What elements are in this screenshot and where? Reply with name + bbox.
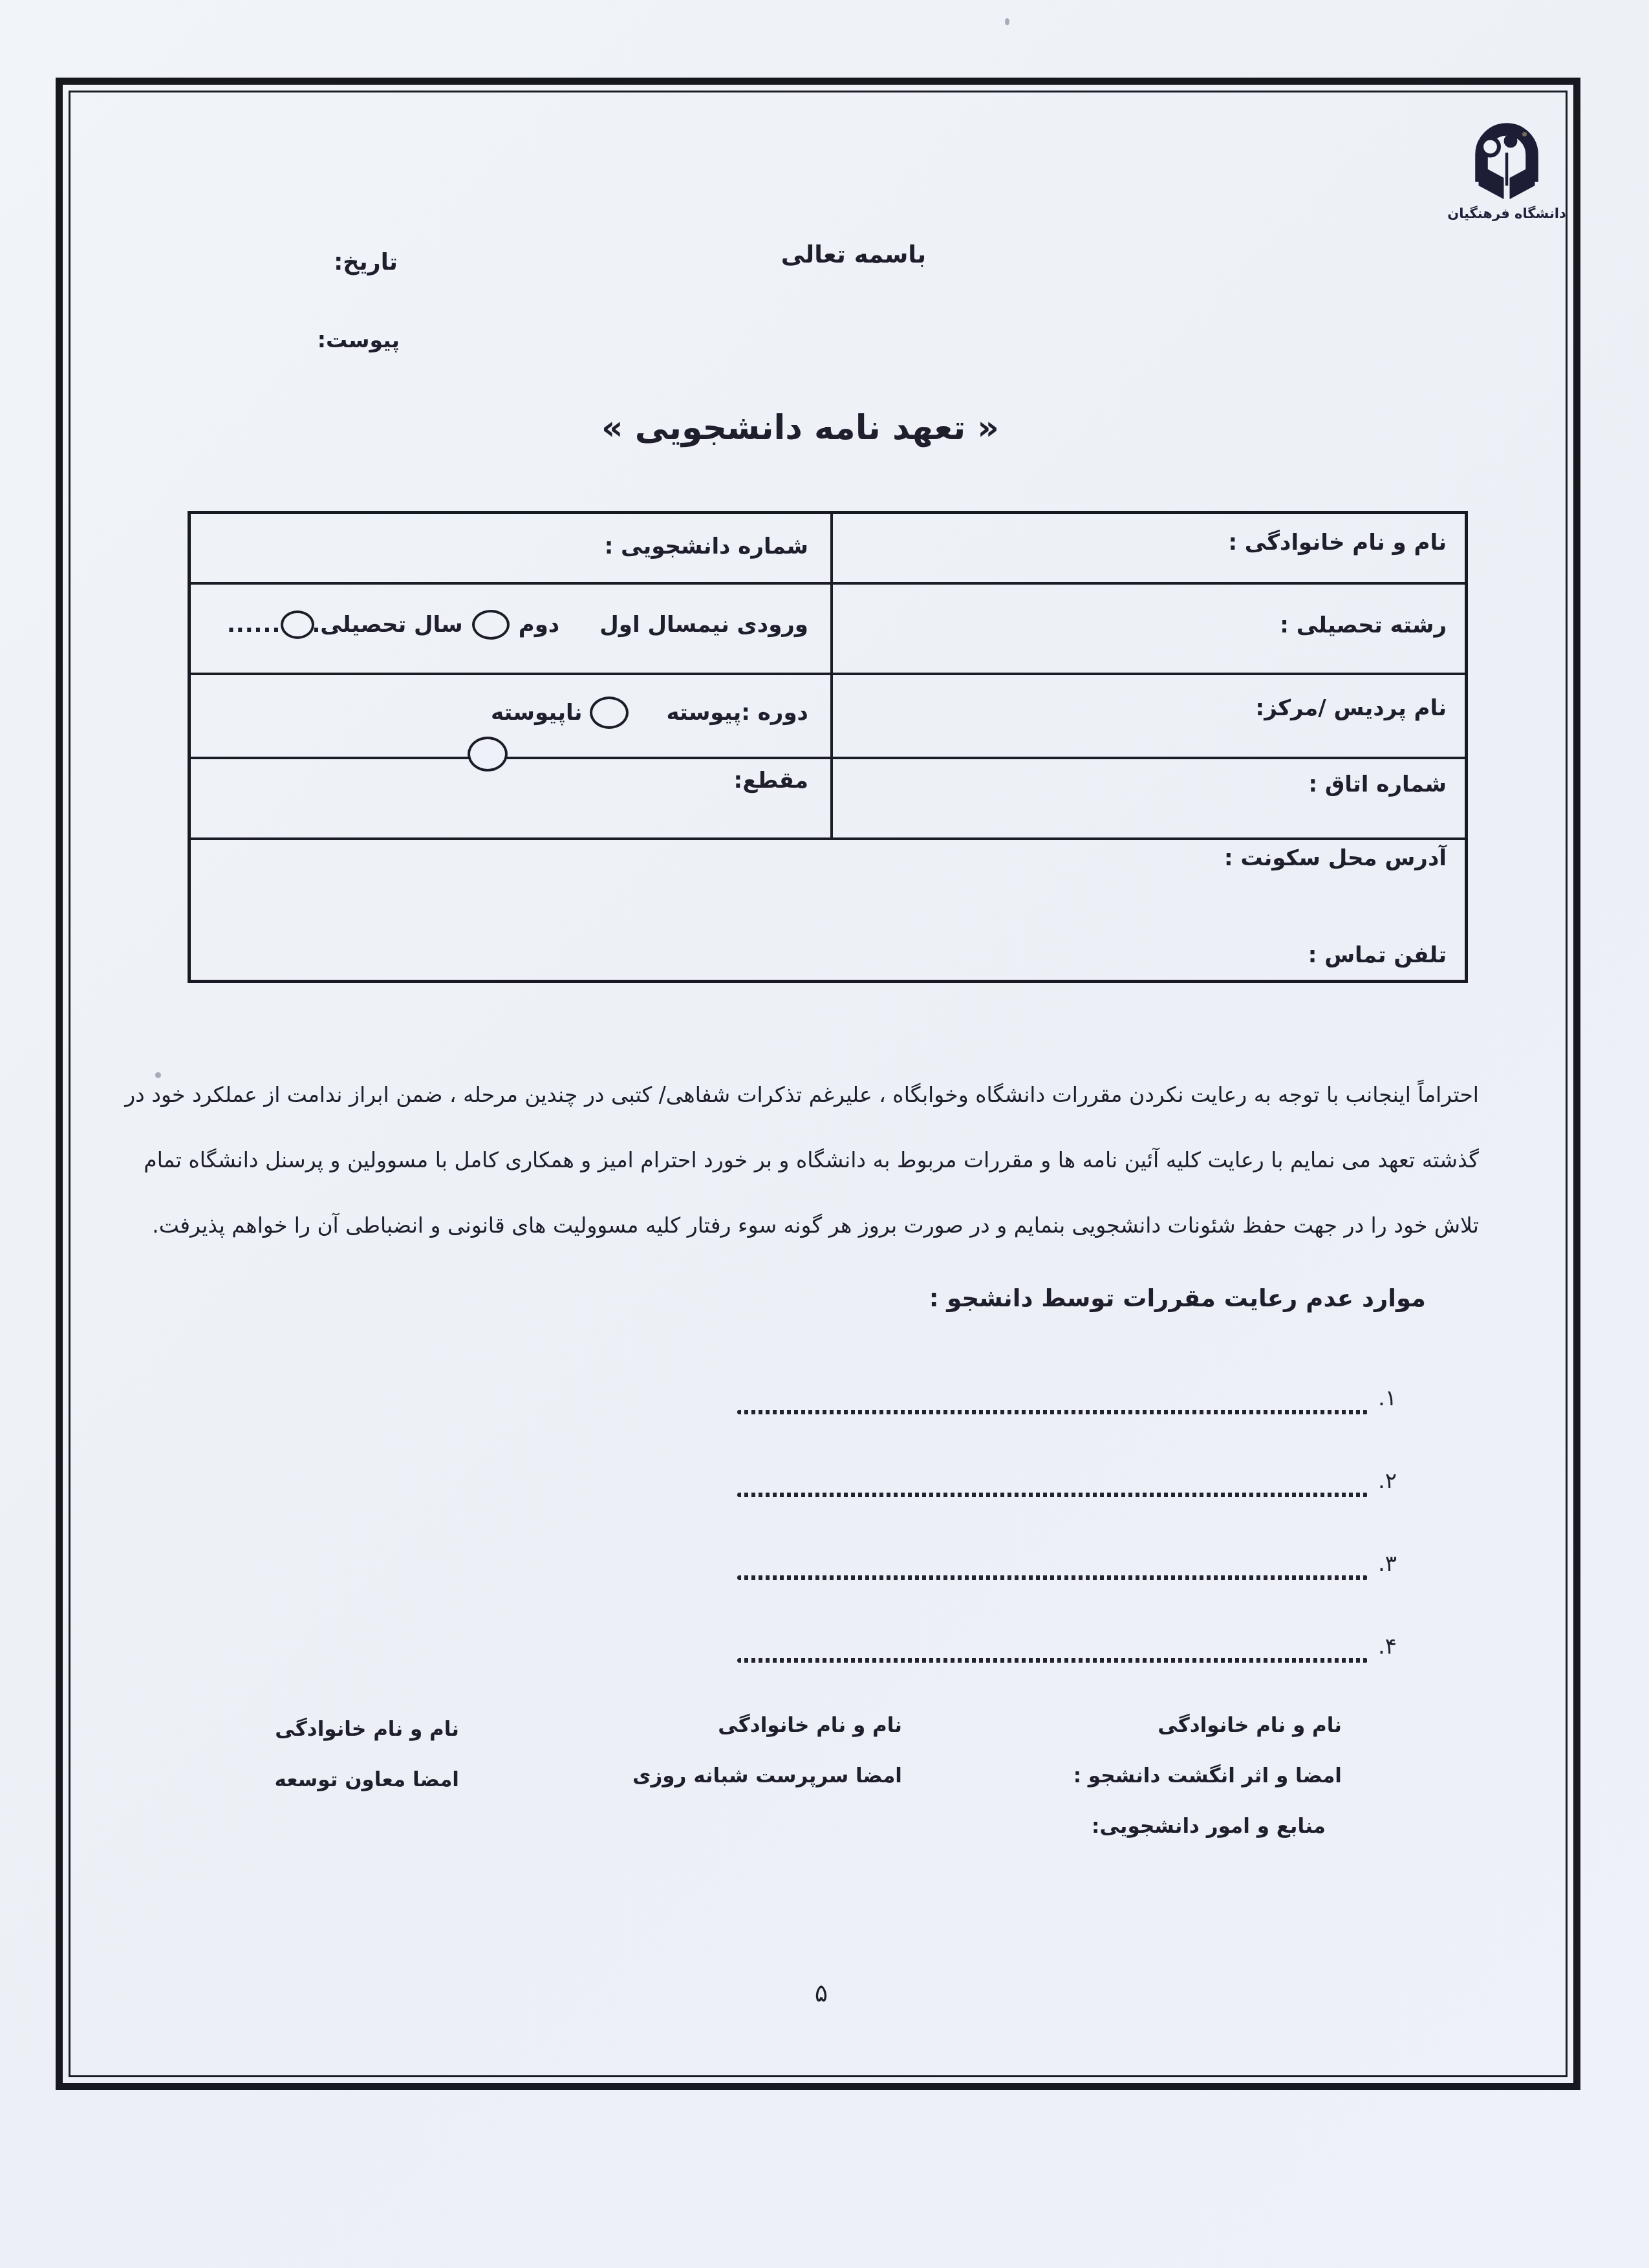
second-semester-option-circle [472, 610, 510, 640]
academic-year-option-circle [281, 610, 314, 639]
date-label: تاریخ: [334, 250, 398, 275]
continuous-option-circle [590, 697, 629, 729]
room-number-label: شماره اتاق : [1309, 772, 1447, 797]
student-info-table: نام و نام خانوادگی : شماره دانشجویی : رش… [188, 511, 1468, 983]
pledge-paragraph: احتراماً اینجانب با توجه به رعایت نکردن … [191, 1062, 1479, 1258]
farhangian-university-logo [1458, 114, 1555, 203]
bismillah-text: باسمه تعالی [724, 241, 983, 268]
discontinuous-option-circle [468, 737, 508, 772]
student-affairs-line: منابع و امور دانشجویی: [1092, 1815, 1326, 1838]
supervisor-signature-name-label: نام و نام خانوادگی [718, 1714, 902, 1737]
degree-level-label: مقطع: [734, 768, 808, 794]
logo-caption: دانشگاه فرهنگیان [1436, 206, 1578, 221]
violation-item-dotted-line [737, 1658, 1368, 1663]
violation-item-dotted-line [737, 1493, 1368, 1497]
entry-semester-row: ورودی نیمسال اول دوم سال تحصیلی. ...... [227, 602, 808, 647]
course-continuous-label: دوره :پیوسته [666, 700, 808, 726]
contact-phone-label: تلفن تماس : [1308, 942, 1447, 968]
discontinuous-label: ناپیوسته [491, 700, 582, 726]
campus-center-label: نام پردیس /مرکز: [1256, 695, 1447, 721]
violation-item-number: ۱. [1378, 1385, 1397, 1411]
academic-year-label: سال تحصیلی. [312, 612, 462, 638]
entry-semester-label: ورودی نیمسال اول [599, 612, 808, 638]
violation-item-number: ۳. [1378, 1551, 1397, 1577]
supervisor-signature-line: امضا سرپرست شبانه روزی [632, 1764, 902, 1787]
table-row-divider [191, 837, 1465, 840]
student-signature-name-label: نام و نام خانوادگی [1158, 1714, 1342, 1737]
table-row-divider [191, 673, 1465, 675]
student-number-label: شماره دانشجویی : [605, 534, 808, 559]
attachment-label: پیوست: [318, 327, 400, 352]
table-row-divider [191, 582, 1465, 585]
violation-item-number: ۴. [1378, 1634, 1397, 1659]
logo-emblem-icon [1458, 114, 1555, 203]
deputy-signature-name-label: نام و نام خانوادگی [275, 1718, 459, 1741]
scanned-document-page: { "colors": { "paper": "#eef1f7", "ink":… [0, 0, 1649, 2268]
violations-heading: موارد عدم رعایت مقررات توسط دانشجو : [929, 1284, 1426, 1312]
field-of-study-label: رشته تحصیلی : [1280, 612, 1447, 638]
table-row-divider [191, 757, 1465, 759]
pledge-line-2: گذشته تعهد می نمایم با رعایت کلیه آئین ن… [191, 1127, 1479, 1193]
violation-item-number: ۲. [1378, 1468, 1397, 1494]
residence-address-label: آدرس محل سکونت : [1224, 845, 1447, 871]
fullname-label: نام و نام خانوادگی : [1228, 530, 1447, 556]
scan-speck [1522, 132, 1527, 136]
page-number: ۵ [782, 1979, 860, 2007]
violation-item-dotted-line [737, 1410, 1368, 1414]
page-title: « تعهد نامه دانشجویی » [501, 409, 1099, 448]
deputy-signature-line: امضا معاون توسعه [274, 1768, 459, 1791]
academic-year-dots: ...... [227, 612, 281, 638]
violation-item-dotted-line [737, 1575, 1368, 1580]
pledge-line-3: تلاش خود را در جهت حفظ شئونات دانشجویی ب… [191, 1193, 1479, 1258]
scan-speck [155, 1072, 161, 1078]
table-column-divider [830, 514, 833, 837]
student-signature-line: امضا و اثر انگشت دانشجو : [1073, 1764, 1342, 1787]
second-semester-label: دوم [519, 612, 560, 638]
pledge-line-1: احتراماً اینجانب با توجه به رعایت نکردن … [191, 1062, 1479, 1127]
course-type-row: دوره :پیوسته ناپیوسته [491, 690, 808, 735]
scan-speck [1005, 18, 1009, 25]
